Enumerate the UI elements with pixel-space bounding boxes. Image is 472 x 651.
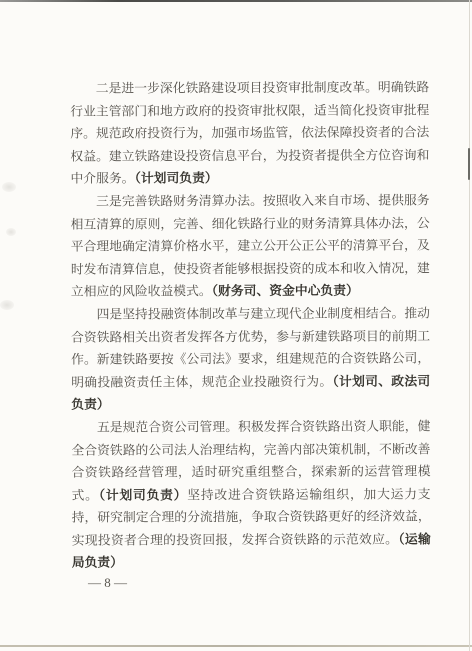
responsible-dept-label: （计划司负责） (134, 171, 217, 185)
paragraph-2-investment-approval-reform: 二是进一步深化铁路建设项目投资审批制度改革。明确铁路行业主管部门和地方政府的投资… (70, 76, 429, 190)
scan-smudge (2, 182, 16, 192)
paragraph-5-joint-venture-management: 五是规范合资公司管理。积极发挥合资铁路出资人职能，健全合资铁路的公司法人治理结构… (71, 415, 431, 574)
scan-mark-right (468, 148, 470, 180)
document-body: 二是进一步深化铁路建设项目投资审批制度改革。明确铁路行业主管部门和地方政府的投资… (70, 76, 431, 574)
responsible-dept-label: （计划司负责） (99, 488, 188, 502)
responsible-dept-label: （财务司、资金中心负责） (212, 284, 359, 299)
scan-smudge (6, 228, 16, 236)
scanned-document-page: 二是进一步深化铁路建设项目投资审批制度改革。明确铁路行业主管部门和地方政府的投资… (0, 0, 472, 651)
body-text: 二是进一步深化铁路建设项目投资审批制度改革。明确铁路行业主管部门和地方政府的投资… (70, 80, 429, 186)
paragraph-4-investment-financing-system: 四是坚持投融资体制改革与建立现代企业制度相结合。推动合资铁路相关出资者发挥各方优… (71, 302, 430, 416)
scan-edge-top (0, 0, 472, 2)
paragraph-3-financial-settlement: 三是完善铁路财务清算办法。按照收入来自市场、提供服务相互清算的原则，完善、细化铁… (71, 189, 430, 303)
scan-edge-right (469, 0, 470, 651)
scan-smudge (0, 300, 14, 310)
page-number: — 8 — (88, 575, 127, 591)
scan-edge-bottom (0, 645, 472, 647)
